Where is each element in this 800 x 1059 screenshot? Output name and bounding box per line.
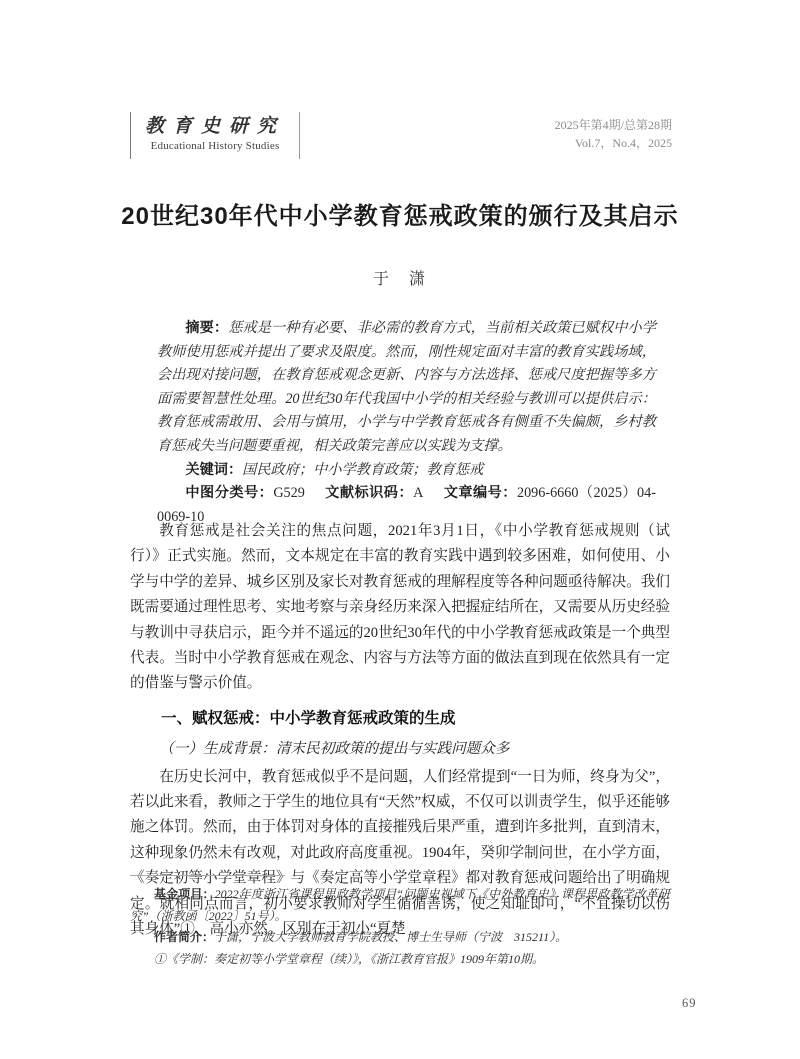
keywords-text: 国民政府；中小学教育政策；教育惩戒 bbox=[242, 462, 483, 478]
author-bio-note: 作者简介：于潇，宁波大学教师教育学院教授、博士生导师（宁波 315211）。 bbox=[130, 927, 670, 949]
journal-name-cn: 教育史研究 bbox=[145, 115, 285, 139]
journal-name-en: Educational History Studies bbox=[145, 139, 285, 154]
author-bio-label: 作者简介： bbox=[154, 930, 214, 944]
footnote-1: ①《学制：奏定初等小学堂章程（续）》，《浙江教育官报》1909年第10期。 bbox=[130, 949, 670, 971]
clc-value: G529 bbox=[273, 485, 305, 501]
footnote-block: 基金项目：2022年度浙江省课程思政教学项目“问题史视域下《中外教育史》课程思政… bbox=[130, 875, 670, 970]
journal-logo: 教育史研究 Educational History Studies bbox=[130, 112, 300, 159]
issue-line-en: Vol.7，No.4，2025 bbox=[555, 134, 672, 152]
author-bio-text: 于潇，宁波大学教师教育学院教授、博士生导师（宁波 315211）。 bbox=[214, 930, 567, 944]
abstract-paragraph: 摘要：惩戒是一种有必要、非必需的教育方式，当前相关政策已赋权中小学教师使用惩戒并… bbox=[157, 317, 656, 459]
footnote-1-text: ①《学制：奏定初等小学堂章程（续）》，《浙江教育官报》1909年第10期。 bbox=[154, 952, 544, 966]
footnote-divider bbox=[130, 875, 285, 876]
page-number: 69 bbox=[682, 996, 697, 1011]
article-id-label: 文章编号： bbox=[443, 485, 517, 501]
abstract-block: 摘要：惩戒是一种有必要、非必需的教育方式，当前相关政策已赋权中小学教师使用惩戒并… bbox=[157, 317, 656, 529]
body-paragraph-1: 教育惩戒是社会关注的焦点问题，2021年3月1日，《中小学教育惩戒规则（试行）》… bbox=[130, 519, 670, 697]
keywords-line: 关键词：国民政府；中小学教育政策；教育惩戒 bbox=[157, 459, 656, 483]
fund-project-label: 基金项目： bbox=[154, 887, 215, 901]
keywords-label: 关键词： bbox=[185, 462, 242, 478]
fund-project-note: 基金项目：2022年度浙江省课程思政教学项目“问题史视域下《中外教育史》课程思政… bbox=[130, 884, 670, 927]
abstract-text: 惩戒是一种有必要、非必需的教育方式，当前相关政策已赋权中小学教师使用惩戒并提出了… bbox=[157, 320, 656, 454]
doc-code-value: A bbox=[413, 485, 423, 501]
clc-label: 中图分类号： bbox=[185, 485, 273, 501]
article-author: 于 潇 bbox=[0, 266, 800, 289]
abstract-label: 摘要： bbox=[185, 320, 228, 336]
article-title: 20世纪30年代中小学教育惩戒政策的颁行及其启示 bbox=[100, 196, 700, 231]
issue-info: 2025年第4期/总第28期 Vol.7，No.4，2025 bbox=[555, 112, 672, 152]
journal-page: 教育史研究 Educational History Studies 2025年第… bbox=[0, 0, 800, 1059]
doc-code-label: 文献标识码： bbox=[325, 485, 413, 501]
page-header: 教育史研究 Educational History Studies 2025年第… bbox=[130, 112, 672, 159]
section-1-heading: 一、赋权惩戒：中小学教育惩戒政策的生成 bbox=[130, 706, 670, 731]
subsection-1-heading: （一）生成背景：清末民初政策的提出与实践问题众多 bbox=[130, 737, 670, 762]
issue-line-cn: 2025年第4期/总第28期 bbox=[555, 116, 672, 134]
